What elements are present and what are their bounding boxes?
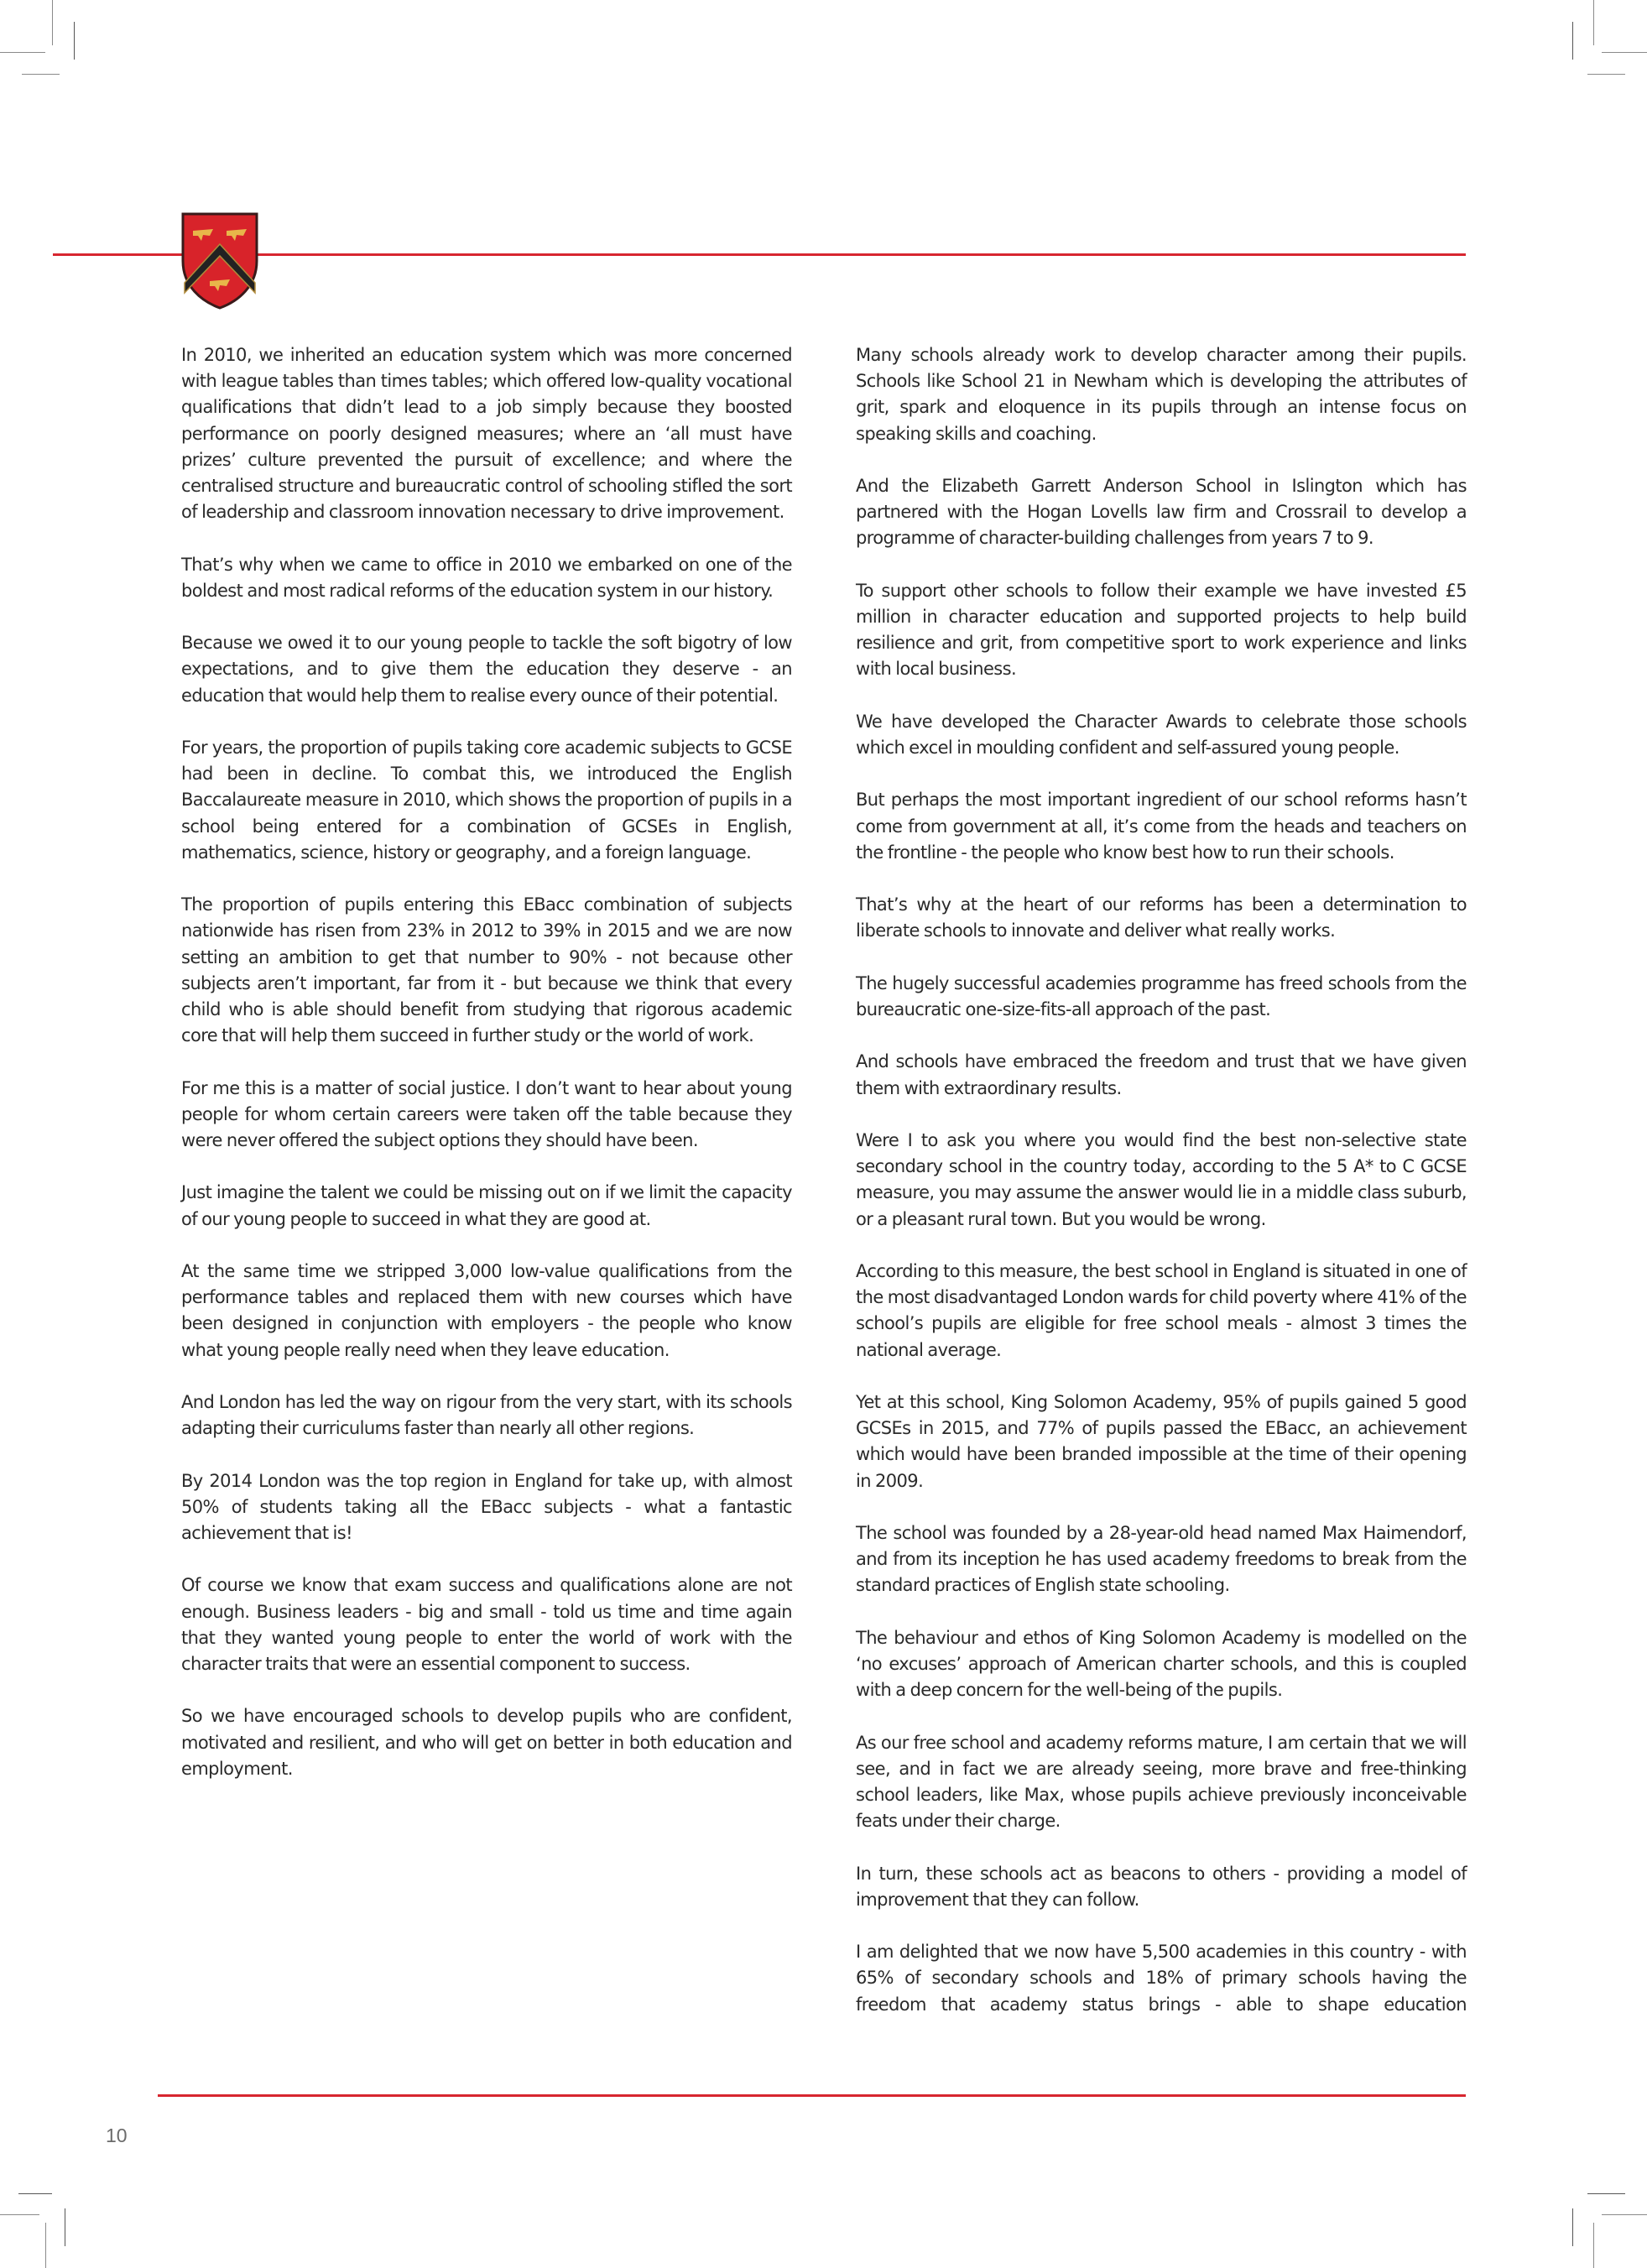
crop-mark (65, 2208, 65, 2246)
paragraph: For years, the proportion of pupils taki… (181, 735, 792, 866)
crop-mark (74, 22, 75, 60)
crop-mark (1593, 2223, 1594, 2268)
crop-mark (45, 2223, 46, 2268)
paragraph: By 2014 London was the top region in Eng… (181, 1468, 792, 1547)
paragraph: As our free school and academy reforms m… (856, 1730, 1467, 1835)
body-column-left: In 2010, we inherited an education syste… (181, 342, 792, 1782)
paragraph: Because we owed it to our young people t… (181, 630, 792, 709)
crop-mark (1572, 22, 1573, 60)
crop-mark (52, 0, 53, 45)
paragraph: The school was founded by a 28-year-old … (856, 1520, 1467, 1599)
paragraph: That’s why at the heart of our reforms h… (856, 892, 1467, 944)
crop-mark (0, 52, 45, 53)
paragraph: Many schools already work to develop cha… (856, 342, 1467, 447)
paragraph: That’s why when we came to office in 201… (181, 552, 792, 604)
paragraph: And schools have embraced the freedom an… (856, 1049, 1467, 1101)
paragraph: Were I to ask you where you would find t… (856, 1128, 1467, 1233)
paragraph: Of course we know that exam success and … (181, 1572, 792, 1677)
crop-mark (1572, 2208, 1573, 2246)
crop-mark (1602, 2214, 1647, 2215)
crop-mark (1593, 0, 1594, 45)
paragraph: We have developed the Character Awards t… (856, 709, 1467, 761)
crop-mark (18, 2193, 52, 2194)
paragraph: So we have encouraged schools to develop… (181, 1703, 792, 1782)
paragraph: At the same time we stripped 3,000 low-v… (181, 1259, 792, 1363)
crop-mark (0, 2214, 39, 2215)
page-number: 10 (106, 2125, 128, 2147)
crop-mark (22, 74, 60, 75)
paragraph: The hugely successful academies programm… (856, 971, 1467, 1023)
paragraph: Just imagine the talent we could be miss… (181, 1180, 792, 1232)
header-rule (53, 253, 1466, 256)
paragraph: The proportion of pupils entering this E… (181, 892, 792, 1049)
paragraph: And London has led the way on rigour fro… (181, 1389, 792, 1442)
paragraph: I am delighted that we now have 5,500 ac… (856, 1939, 1467, 2018)
paragraph: Yet at this school, King Solomon Academy… (856, 1389, 1467, 1494)
crop-mark (1587, 2193, 1625, 2194)
paragraph: But perhaps the most important ingredien… (856, 787, 1467, 866)
paragraph: To support other schools to follow their… (856, 578, 1467, 683)
paragraph: According to this measure, the best scho… (856, 1259, 1467, 1363)
school-crest-icon (180, 212, 260, 310)
paragraph: For me this is a matter of social justic… (181, 1076, 792, 1155)
paragraph: The behaviour and ethos of King Solomon … (856, 1625, 1467, 1704)
body-column-right: Many schools already work to develop cha… (856, 342, 1467, 2018)
paragraph: In 2010, we inherited an education syste… (181, 342, 792, 525)
paragraph: And the Elizabeth Garrett Anderson Schoo… (856, 473, 1467, 552)
crop-mark (1602, 52, 1647, 53)
paragraph: In turn, these schools act as beacons to… (856, 1861, 1467, 1913)
crop-mark (1587, 74, 1625, 75)
footer-rule (158, 2094, 1466, 2097)
